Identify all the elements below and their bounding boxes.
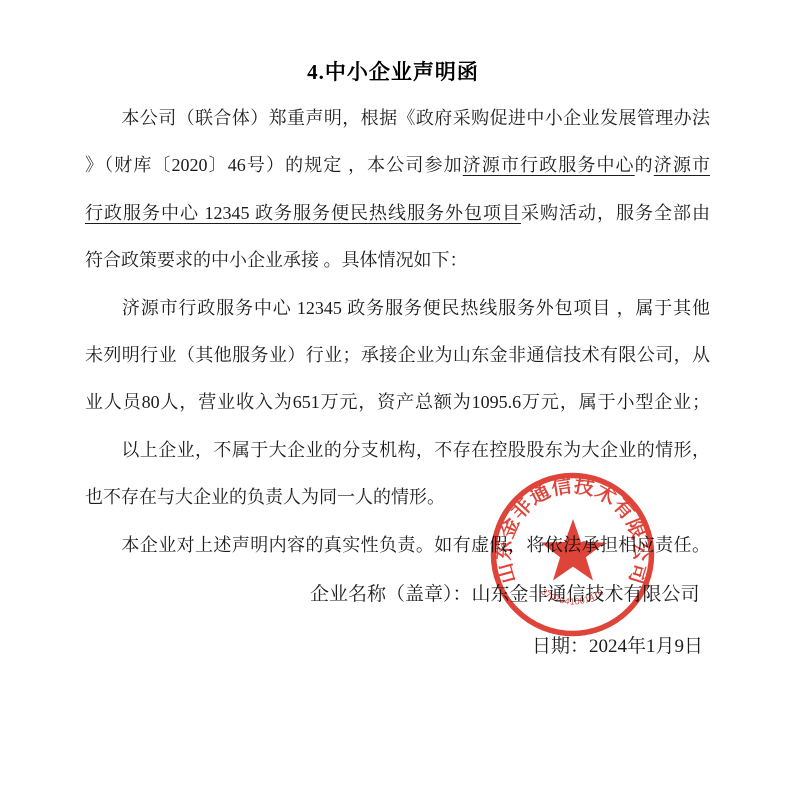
- declaration-document-page: 4.中小企业声明函 本公司（联合体）郑重声明，根据《政府采购促进中小企业发展管理…: [0, 0, 786, 805]
- seal-graphic: 山东金非通信技术有限公司 3707041001470: [489, 471, 656, 638]
- body-line: 本公司（联合体）郑重声明，根据《政府采购促进中小企业发展管理办法: [85, 95, 710, 142]
- body-line: 行政服务中心 12345 政务服务便民热线服务外包项目采购活动，服务全部由: [85, 190, 710, 237]
- body-line: 未列明行业（其他服务业）行业；承接企业为山东金非通信技术有限公司，从: [85, 332, 710, 379]
- text-segment: 本公司（联合体）郑重声明，根据《政府采购促进中小企业发展管理办法: [121, 108, 710, 128]
- text-segment: 》（财库〔2020〕46号）的规定 ，本公司参加: [85, 155, 463, 175]
- page-title: 4.中小企业声明函: [0, 56, 786, 86]
- underlined-text-segment: 济源市行政服务中心: [463, 155, 635, 175]
- company-seal-stamp: 山东金非通信技术有限公司 3707041001470: [489, 471, 656, 638]
- svg-text:3707041001470: 3707041001470: [539, 586, 605, 606]
- text-segment: 以上企业，不属于大企业的分支机构，不存在控股股东为大企业的情形，: [121, 440, 710, 460]
- text-segment: 业人员80人，营业收入为651万元，资产总额为1095.6万元，属于小型企业；: [85, 392, 710, 412]
- text-segment: 符合政策要求的中小企业承接 。具体情况如下：: [85, 250, 468, 270]
- body-line: 业人员80人，营业收入为651万元，资产总额为1095.6万元，属于小型企业；: [85, 379, 710, 426]
- body-line: 济源市行政服务中心 12345 政务服务便民热线服务外包项目 ，属于其他: [85, 285, 710, 332]
- text-segment: 的: [635, 155, 654, 175]
- text-segment: 也不存在与大企业的负责人为同一人的情形。: [85, 487, 445, 507]
- underlined-text-segment: 行政服务中心 12345 政务服务便民热线服务外包项目: [85, 203, 521, 223]
- seal-star-icon: [541, 519, 606, 581]
- body-line: 符合政策要求的中小企业承接 。具体情况如下：: [85, 237, 710, 284]
- body-line: 》（财库〔2020〕46号）的规定 ，本公司参加济源市行政服务中心的济源市: [85, 142, 710, 189]
- seal-registration-number: 3707041001470: [539, 586, 605, 606]
- underlined-text-segment: 济源市: [654, 155, 710, 175]
- text-segment: 采购活动，服务全部由: [521, 203, 710, 223]
- text-segment: 未列明行业（其他服务业）行业；承接企业为山东金非通信技术有限公司，从: [85, 345, 710, 365]
- body-line: 以上企业，不属于大企业的分支机构，不存在控股股东为大企业的情形，: [85, 427, 710, 474]
- text-segment: 济源市行政服务中心 12345 政务服务便民热线服务外包项目 ，属于其他: [121, 298, 710, 318]
